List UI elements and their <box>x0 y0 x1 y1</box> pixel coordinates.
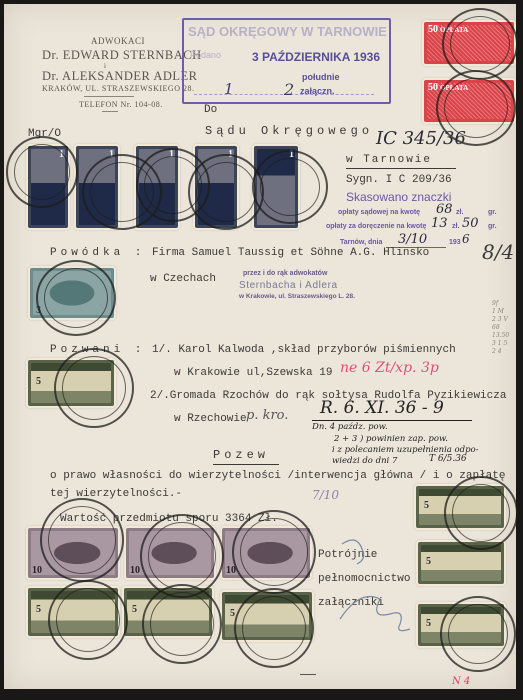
delivery-fee-zl: 13 <box>431 216 448 231</box>
handwritten-note-pl: p. kro. <box>246 408 288 423</box>
margin-note-1: Dn. 4 paźdz. pow. <box>312 422 388 432</box>
handwritten-date: R. 6. XI. 36 - 9 <box>320 398 444 418</box>
page-dash <box>300 674 316 675</box>
margin-mark: 8/4 <box>482 240 514 264</box>
letterhead-title: ADWOKACI <box>91 36 145 46</box>
cancellation-postmark <box>440 596 516 672</box>
side-calculation: 9f1 M2 3 V6813.503 1 52 4 <box>492 300 509 356</box>
cancellation-postmark <box>442 8 518 80</box>
case-number: Sygn. I C 209/36 <box>346 174 452 186</box>
letterhead-lawyer-1: Dr. EDWARD STERNBACH <box>42 48 202 63</box>
cancellation-postmark <box>232 510 316 594</box>
faded-stamp-mark: 7/10 <box>312 488 339 502</box>
legal-document-page: ADWOKACI Dr. EDWARD STERNBACH i Dr. ALEK… <box>4 4 516 689</box>
cancellation-postmark <box>142 584 222 664</box>
court-stamp-received-label: Podano <box>190 50 221 60</box>
signature-scribble <box>332 524 422 634</box>
representation-stamp-line-2: Sternbacha i Adlera <box>239 280 338 291</box>
subject-line-1: o prawo własności do wierzytelności /int… <box>50 470 505 482</box>
cancellation-postmark <box>252 150 328 224</box>
cancellation-postmark <box>6 136 78 208</box>
addressee-to: Do <box>204 104 217 116</box>
addressee-city: w Tarnowie <box>346 154 432 166</box>
place-date-label: Tarnów, dnia <box>340 239 382 246</box>
court-stamp-court-faded: SĄD OKRĘGOWY W TARNOWIE <box>188 24 387 39</box>
cancel-date: 3/10 <box>398 232 427 247</box>
court-received-stamp: SĄD OKRĘGOWY W TARNOWIE Podano 3 PAŹDZIE… <box>182 18 391 104</box>
letterhead-divider <box>84 96 134 97</box>
letterhead-lawyer-2: Dr. ALEKSANDER ADLER <box>42 69 198 84</box>
cancellation-postmark <box>48 580 128 660</box>
document-title: Pozew <box>213 448 269 462</box>
subject-line-2: tej wierzytelności.- <box>50 488 182 500</box>
cancellation-postmark <box>444 476 518 550</box>
cancellation-postmark <box>234 588 314 668</box>
margin-note-4: wiedzi do dni 7 <box>332 456 397 466</box>
addressee-court: Sądu Okręgowego <box>205 124 373 138</box>
plaintiff-label: Powódka : Firma Samuel Taussig et Söhne … <box>50 247 429 259</box>
letterhead-divider-small <box>102 111 118 112</box>
court-stamp-date: 3 PAŹDZIERNIKA 1936 <box>252 50 380 64</box>
cancellation-postmark <box>40 498 124 582</box>
plaintiff-location: w Czechach <box>150 273 216 285</box>
court-stamp-time-label: południe <box>302 72 340 82</box>
representation-stamp-line-1: przez i do rąk adwokatów <box>243 270 327 277</box>
letterhead-phone: TELEFON Nr. 104-08. <box>79 100 163 109</box>
defendant-2-location: w Rzechowie <box>174 413 247 425</box>
bottom-red-mark: N 4 <box>452 676 470 687</box>
margin-note-signature: T 6/5.36 <box>429 454 467 464</box>
representation-stamp-line-3: w Krakowie, ul. Straszewskiego L. 28. <box>239 293 355 300</box>
court-stamp-attachments-count: 2 <box>284 80 294 99</box>
court-fee-label: opłaty sądowej na kwotę <box>338 209 420 216</box>
court-fee-zl: 68 <box>436 202 453 217</box>
delivery-fee-label: opłaty za doręczenie na kwotę <box>326 223 426 230</box>
cancellation-postmark <box>54 348 134 428</box>
cancellation-postmark <box>36 260 116 336</box>
red-handwritten-note: ne 6 Zt/xp. 3p <box>340 360 439 376</box>
letterhead-address: KRAKÓW, UL. STRASZEWSKIEGO 28. <box>42 84 194 93</box>
margin-note-2: 2 + 3 ) powinien zap. pow. <box>334 434 448 444</box>
delivery-fee-gr: 50 <box>462 216 479 231</box>
handwritten-case-number: IC 345/36 <box>376 128 466 149</box>
court-stamp-attachments-label: załączn. <box>300 86 335 96</box>
defendant-1-address: w Krakowie ul,Szewska 19 <box>174 367 332 379</box>
court-stamp-copies: 1 <box>224 80 234 98</box>
